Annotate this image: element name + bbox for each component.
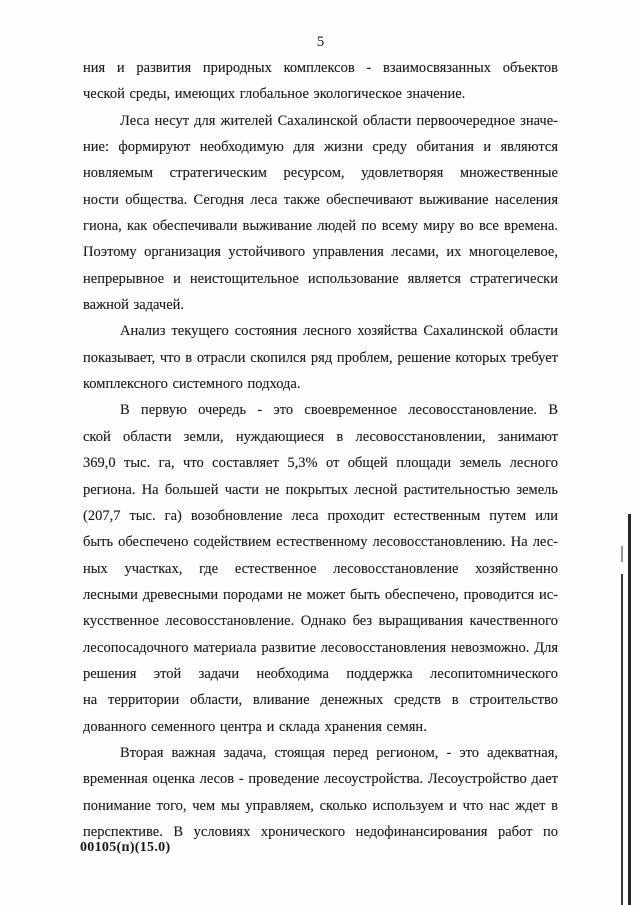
scanned-document-page: 5 ния и развития природных комплексов - … bbox=[0, 0, 640, 905]
text-line: Вторая важная задача, стоящая перед реги… bbox=[83, 740, 558, 766]
scan-artifact-line bbox=[621, 546, 623, 562]
text-line: показывает, что в отрасли скопился ряд п… bbox=[83, 345, 558, 371]
paragraph: Анализ текущего состояния лесного хозяйс… bbox=[83, 318, 558, 397]
text-line: временная оценка лесов - проведение лесо… bbox=[83, 766, 558, 792]
text-line: ние: формируют необходимую для жизни сре… bbox=[83, 134, 558, 160]
text-line: на территории области, вливание денежных… bbox=[83, 687, 558, 713]
text-line: новляемым стратегическим ресурсом, удовл… bbox=[83, 160, 558, 186]
text-line: 369,0 тыс. га, что составляет 5,3% от об… bbox=[83, 450, 558, 476]
footer-document-code: 00105(п)(15.0) bbox=[80, 840, 170, 856]
text-line: ности общества. Сегодня леса также обесп… bbox=[83, 187, 558, 213]
paragraph: В первую очередь - это своевременное лес… bbox=[83, 397, 558, 739]
text-line: В первую очередь - это своевременное лес… bbox=[83, 397, 558, 423]
text-line: лесопосадочного материала развитие лесов… bbox=[83, 635, 558, 661]
text-line: решения этой задачи необходима поддержка… bbox=[83, 661, 558, 687]
document-body: ния и развития природных комплексов - вз… bbox=[83, 55, 558, 845]
page-number: 5 bbox=[83, 34, 558, 51]
text-line: Леса несут для жителей Сахалинской облас… bbox=[83, 108, 558, 134]
text-line: ческой среды, имеющих глобальное экологи… bbox=[83, 81, 558, 107]
paragraph: Леса несут для жителей Сахалинской облас… bbox=[83, 108, 558, 319]
paragraph: ния и развития природных комплексов - вз… bbox=[83, 55, 558, 108]
text-line: комплексного системного подхода. bbox=[83, 371, 558, 397]
text-line: региона. На большей части не покрытых ле… bbox=[83, 477, 558, 503]
scan-artifact-line bbox=[628, 514, 631, 905]
text-line: кусственное лесовосстановление. Однако б… bbox=[83, 608, 558, 634]
text-line: лесными древесными породами не может быт… bbox=[83, 582, 558, 608]
text-line: Анализ текущего состояния лесного хозяйс… bbox=[83, 318, 558, 344]
text-line: ской области земли, нуждающиеся в лесово… bbox=[83, 424, 558, 450]
paragraph: Вторая важная задача, стоящая перед реги… bbox=[83, 740, 558, 845]
text-line: ных участках, где естественное лесовосст… bbox=[83, 556, 558, 582]
text-line: понимание того, чем мы управляем, скольк… bbox=[83, 793, 558, 819]
text-line: непрерывное и неистощительное использова… bbox=[83, 266, 558, 292]
text-line: дованного семенного центра и склада хран… bbox=[83, 714, 558, 740]
text-line: быть обеспечено содействием естественном… bbox=[83, 529, 558, 555]
text-line: ния и развития природных комплексов - вз… bbox=[83, 55, 558, 81]
text-line: Поэтому организация устойчивого управлен… bbox=[83, 239, 558, 265]
text-line: гиона, как обеспечивали выживание людей … bbox=[83, 213, 558, 239]
scan-artifact-line bbox=[621, 574, 623, 905]
text-line: (207,7 тыс. га) возобновление леса прохо… bbox=[83, 503, 558, 529]
text-line: важной задачей. bbox=[83, 292, 558, 318]
